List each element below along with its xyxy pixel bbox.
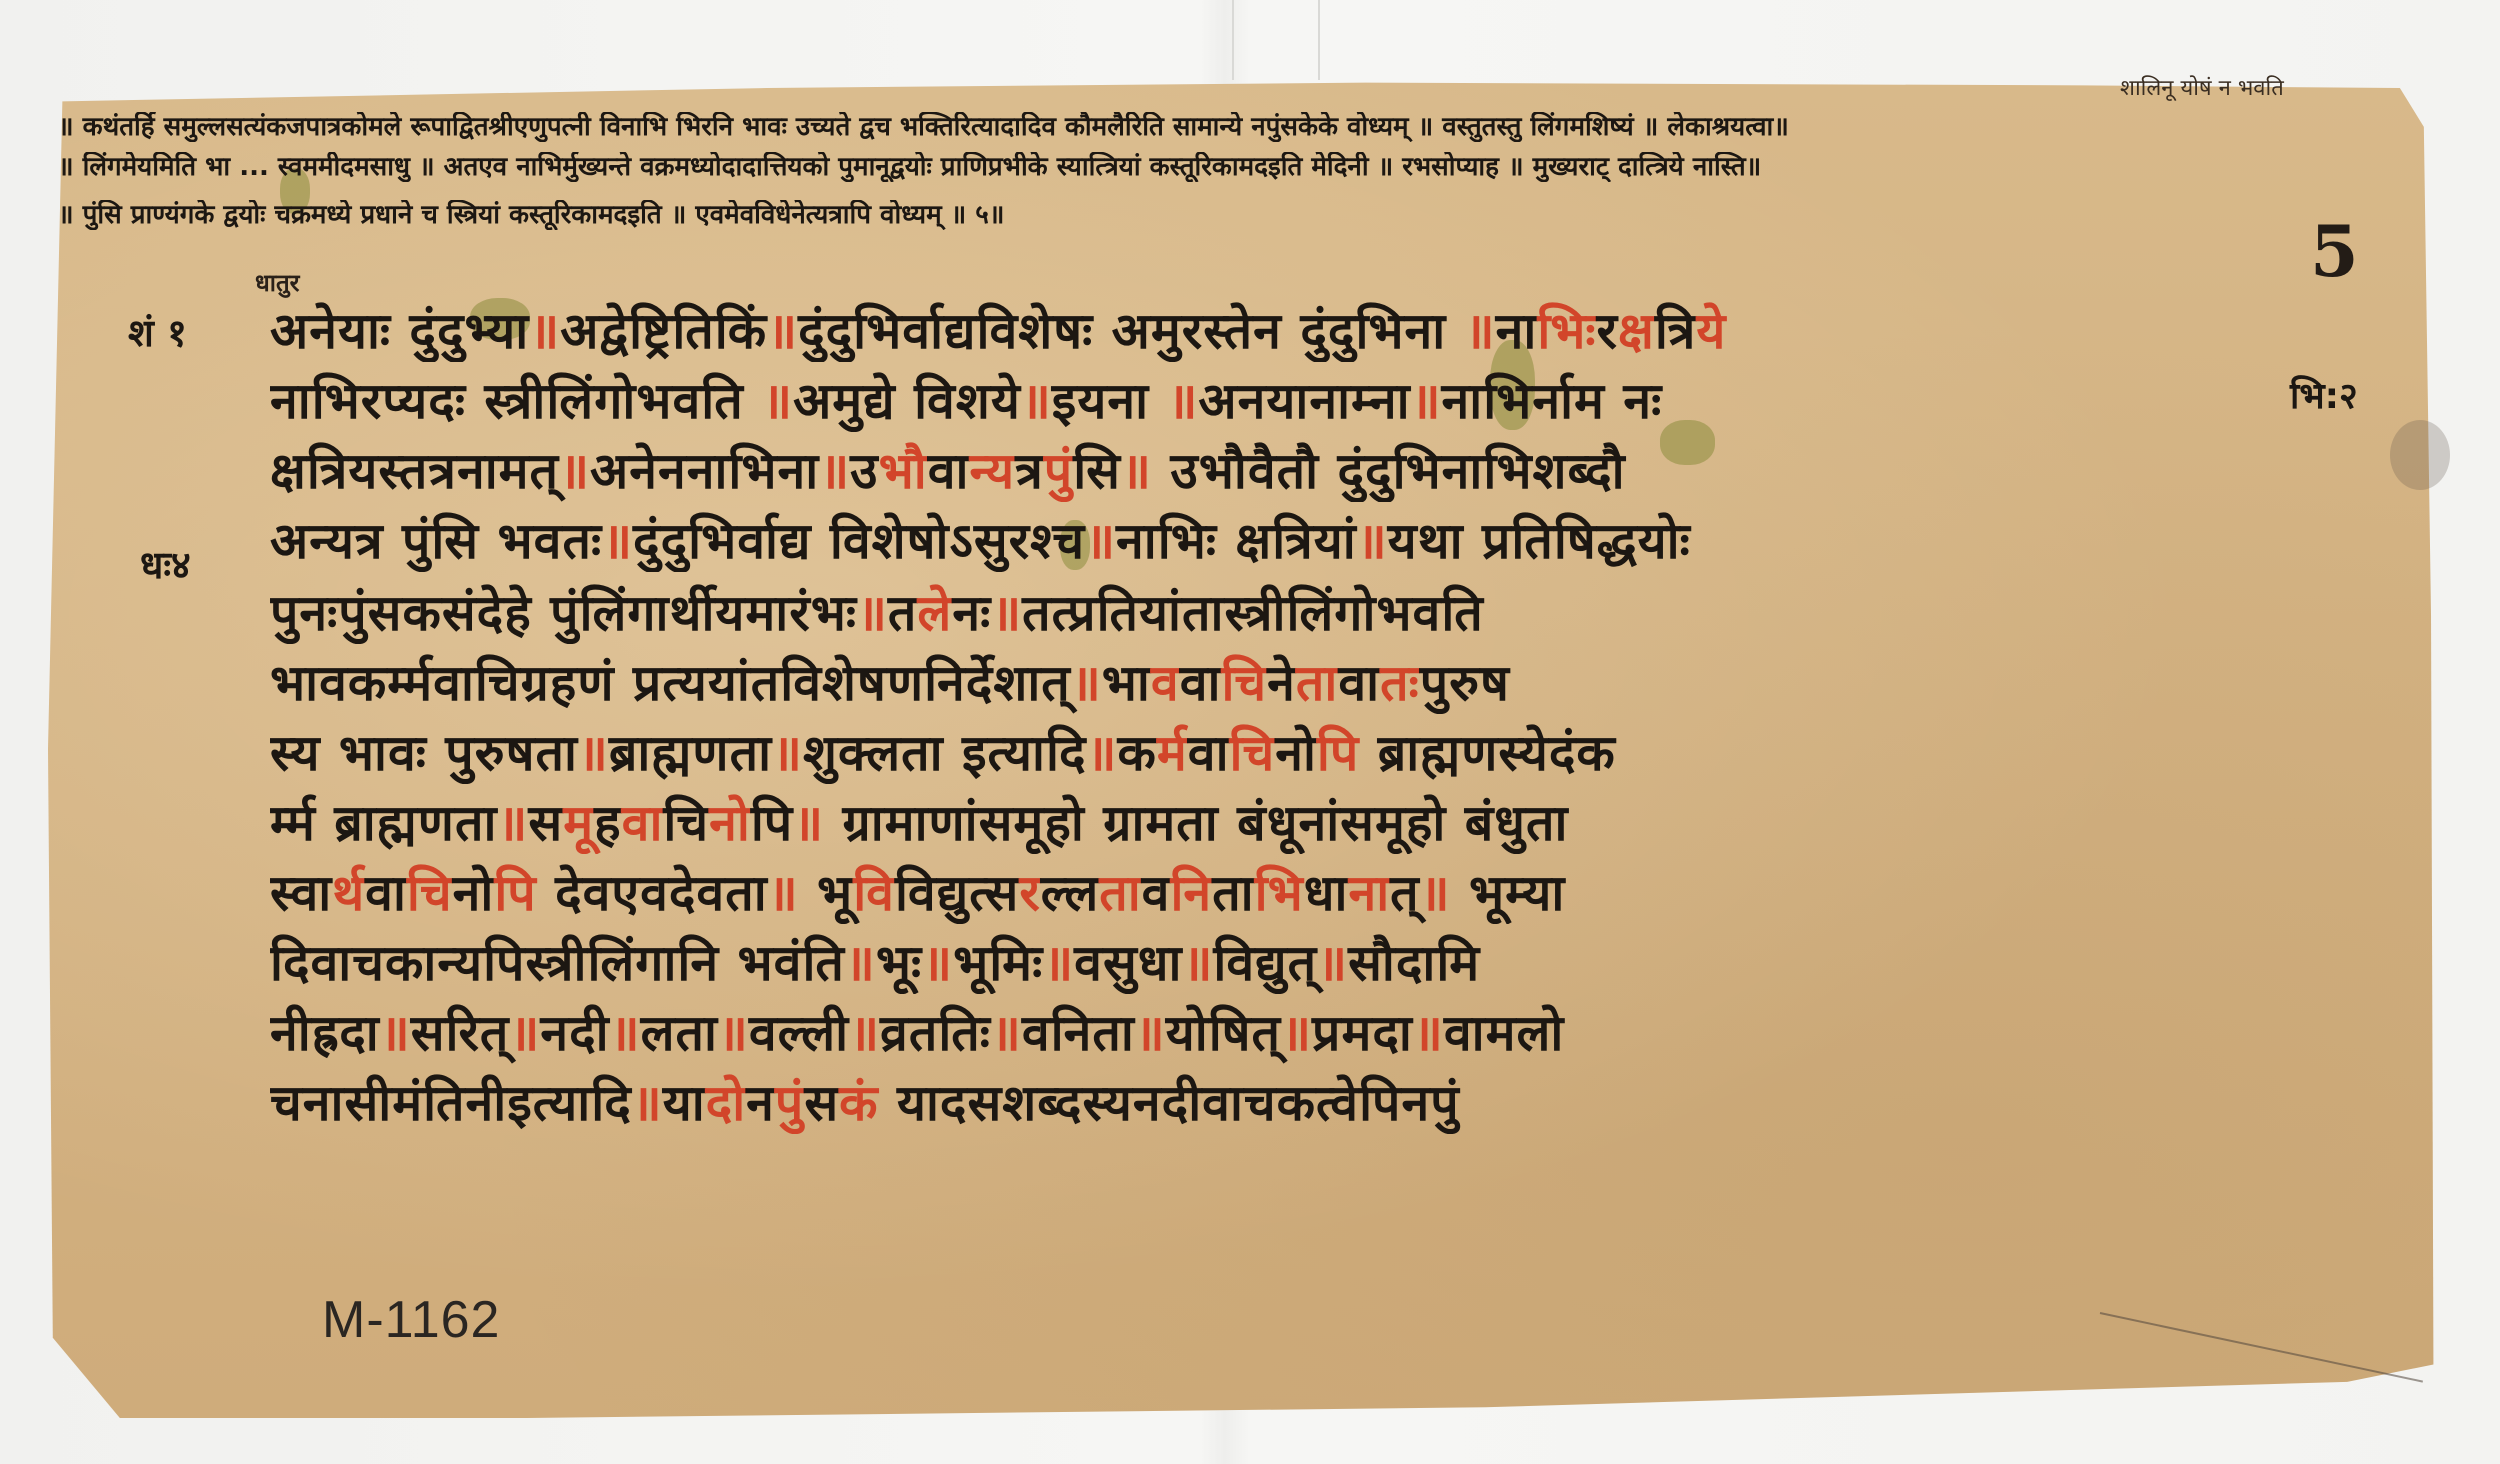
red-ink-segment: ता: [1296, 654, 1338, 712]
black-ink-segment: ब्राह्मणस्येदंक: [1359, 724, 1616, 782]
red-ink-segment: ॥: [380, 1004, 411, 1062]
black-ink-segment: स: [528, 794, 563, 852]
black-ink-segment: दिवाचकान्यपिस्त्रीलिंगानि भवंति: [270, 934, 845, 992]
red-ink-segment: व: [1151, 654, 1180, 712]
black-ink-segment: अमुद्ये विशये: [793, 372, 1021, 430]
black-ink-segment: नदी: [540, 1004, 609, 1062]
red-ink-segment: वा: [622, 794, 664, 852]
red-ink-segment: ॥: [529, 302, 560, 360]
gloss-line: ॥ कथंतर्हि समुल्लसत्यंकजपात्रकोमले रूपाद…: [58, 112, 2428, 142]
black-ink-segment: स्वा: [270, 864, 332, 922]
black-ink-segment: सौदामि: [1348, 934, 1480, 992]
black-ink-segment: ह: [594, 794, 622, 852]
red-ink-segment: ता: [1099, 864, 1141, 922]
black-ink-segment: भा: [1102, 654, 1151, 712]
manuscript-line: नीह्रदा॥सरित्॥नदी॥लता॥वल्ली॥व्रततिः॥वनित…: [270, 1002, 2310, 1064]
black-ink-segment: नीह्रदा: [270, 1004, 380, 1062]
red-ink-segment: ले: [917, 584, 952, 642]
black-ink-segment: ग्रामाणांसमूहो ग्रामता बंधूनांसमूहो बंधु…: [824, 794, 1568, 852]
red-ink-segment: ॥: [1465, 302, 1496, 360]
red-ink-segment: ये: [1696, 302, 1726, 360]
red-ink-segment: ना: [1348, 864, 1390, 922]
red-ink-segment: तः: [1380, 654, 1420, 712]
black-ink-segment: ल्ल: [1041, 864, 1099, 922]
black-ink-segment: पि: [751, 794, 793, 852]
black-ink-segment: विद्युत्स: [895, 864, 1019, 922]
black-ink-segment: नाभिरप्यदः स्त्रीलिंगोभवति: [270, 372, 762, 430]
black-ink-segment: वामलो: [1444, 1004, 1565, 1062]
red-ink-segment: ॥: [1420, 864, 1451, 922]
red-ink-segment: ॥: [632, 1074, 663, 1132]
black-ink-segment: भावकर्म्मवाचिग्रहणं प्रत्ययांतविशेषणनिर्…: [270, 654, 1071, 712]
black-ink-segment: अनेननाभिना: [590, 442, 819, 500]
black-ink-segment: त: [888, 584, 918, 642]
red-ink-segment: नो: [709, 794, 751, 852]
black-ink-segment: विद्युत्: [1213, 934, 1317, 992]
black-ink-segment: लता: [641, 1004, 718, 1062]
red-ink-segment: ॥: [1085, 512, 1116, 570]
red-ink-segment: भि: [1255, 864, 1304, 922]
black-ink-segment: र्म्म ब्राह्मणता: [270, 794, 497, 852]
red-ink-segment: पि: [494, 864, 536, 922]
manuscript-line: अनेयाः दुंदुभ्या॥अद्वेष्ट्रितिकिं॥दुंदुभ…: [270, 300, 2310, 362]
red-ink-segment: ॥: [762, 372, 793, 430]
manuscript-line: क्षत्रियस्तत्रनामत्॥अनेननाभिना॥उभौवान्यत…: [270, 440, 2310, 502]
black-ink-segment: देवएवदेवता: [537, 864, 768, 922]
black-ink-segment: नः: [952, 584, 991, 642]
black-ink-segment: न: [746, 1074, 775, 1132]
black-ink-segment: ब्राह्मणता: [609, 724, 772, 782]
red-ink-segment: ॥: [845, 934, 876, 992]
red-ink-segment: ॥: [509, 1004, 540, 1062]
black-ink-segment: ना: [1496, 302, 1538, 360]
black-ink-segment: अनयानाम्ना: [1198, 372, 1410, 430]
folio-number: 5: [2310, 210, 2359, 293]
red-ink-segment: ॥: [602, 512, 633, 570]
red-ink-segment: ॥: [1411, 372, 1442, 430]
black-ink-segment: वा: [1180, 654, 1222, 712]
black-ink-segment: वनिता: [1022, 1004, 1135, 1062]
black-ink-segment: त्र: [1015, 442, 1044, 500]
red-ink-segment: दो: [706, 1074, 747, 1132]
black-ink-segment: चि: [663, 794, 709, 852]
red-ink-segment: ॥: [1317, 934, 1348, 992]
black-ink-segment: ने: [1267, 654, 1296, 712]
red-ink-segment: ॥: [559, 442, 590, 500]
red-ink-segment: नि: [1170, 864, 1212, 922]
red-ink-segment: ॥: [1135, 1004, 1166, 1062]
red-ink-segment: ॥: [1182, 934, 1213, 992]
red-ink-segment: ॥: [1087, 724, 1118, 782]
red-ink-segment: ॥: [772, 724, 803, 782]
red-ink-segment: पुं: [1044, 442, 1073, 500]
red-ink-segment: र्थ: [332, 864, 365, 922]
mount-edge-line: [1318, 0, 1320, 80]
red-ink-segment: ॥: [1281, 1004, 1312, 1062]
black-ink-segment: क्षत्रियस्तत्रनामत्: [270, 442, 559, 500]
black-ink-segment: नो: [1275, 724, 1317, 782]
black-ink-segment: वल्ली: [749, 1004, 849, 1062]
red-ink-segment: ॥: [1021, 372, 1052, 430]
black-ink-segment: त्रि: [1655, 302, 1697, 360]
red-ink-segment: ॥: [991, 1004, 1022, 1062]
red-ink-segment: र: [1019, 864, 1040, 922]
red-ink-segment: ॥: [1413, 1004, 1444, 1062]
manuscript-line: स्य भावः पुरुषता॥ब्राह्मणता॥शुक्लता इत्य…: [270, 722, 2310, 784]
black-ink-segment: योषित्: [1166, 1004, 1281, 1062]
black-ink-segment: तत्प्रतियांतास्त्रीलिंगोभवति: [1022, 584, 1484, 642]
red-ink-segment: ॥: [768, 864, 799, 922]
black-ink-segment: भूमिः: [953, 934, 1043, 992]
red-ink-segment: ॥: [718, 1004, 749, 1062]
gloss-line: ॥ लिंगमेयमिति भा ... स्वममीदमसाधु ॥ अतएव…: [58, 152, 2428, 182]
mount-edge-line: [1232, 0, 1234, 80]
red-ink-segment: भौ: [879, 442, 928, 500]
black-ink-segment: नाभिर्नाम नः: [1442, 372, 1663, 430]
red-ink-segment: पुं: [775, 1074, 804, 1132]
manuscript-line: स्वार्थवाचिनोपि देवएवदेवता॥ भूविविद्युत्…: [270, 862, 2310, 924]
red-ink-segment: ॥: [1121, 442, 1152, 500]
red-ink-segment: भिः: [1537, 302, 1596, 360]
black-ink-segment: पुनःपुंसकसंदेहे पुंलिंगार्थीयमारंभः: [270, 584, 857, 642]
black-ink-segment: शुक्लता इत्यादि: [803, 724, 1087, 782]
black-ink-segment: भू: [799, 864, 854, 922]
red-ink-segment: ॥: [991, 584, 1022, 642]
black-ink-segment: दुंदुभिर्वाद्यविशेषः अमुरस्तेन दुंदुभिना: [798, 302, 1465, 360]
black-ink-segment: अनेयाः दुंदुभ्या: [270, 302, 529, 360]
red-ink-segment: न्य: [969, 442, 1015, 500]
red-ink-segment: मू: [563, 794, 594, 852]
black-ink-segment: क: [1117, 724, 1156, 782]
black-ink-segment: यथा प्रतिषिद्धयोः: [1388, 512, 1691, 570]
red-ink-segment: वि: [853, 864, 895, 922]
interlinear-note: धातुर: [255, 266, 299, 299]
black-ink-segment: र: [1597, 302, 1618, 360]
black-ink-segment: वसुधा: [1074, 934, 1182, 992]
manuscript-line: दिवाचकान्यपिस्त्रीलिंगानि भवंति॥भूः॥भूमि…: [270, 932, 2310, 994]
red-ink-segment: ॥: [849, 1004, 880, 1062]
black-ink-segment: सि: [1073, 442, 1121, 500]
black-ink-segment: त्: [1390, 864, 1420, 922]
red-ink-segment: ॥: [610, 1004, 641, 1062]
black-ink-segment: पुरुष: [1420, 654, 1510, 712]
black-ink-segment: वा: [1188, 724, 1230, 782]
red-ink-segment: क्ष: [1618, 302, 1655, 360]
manuscript-line: भावकर्म्मवाचिग्रहणं प्रत्ययांतविशेषणनिर्…: [270, 652, 2310, 714]
black-ink-segment: वा: [365, 864, 407, 922]
manuscript-line: नाभिरप्यदः स्त्रीलिंगोभवति ॥अमुद्ये विशय…: [270, 370, 2310, 432]
black-ink-segment: या: [663, 1074, 706, 1132]
red-ink-segment: ॥: [497, 794, 528, 852]
black-ink-segment: वा: [928, 442, 970, 500]
gloss-line: ॥ पुंसि प्राण्यंगके द्वयोः चक्रमध्ये प्र…: [58, 200, 2428, 230]
smudge-mark: [2390, 420, 2450, 490]
red-ink-segment: ॥: [1043, 934, 1074, 992]
black-ink-segment: भूः: [876, 934, 922, 992]
black-ink-segment: अद्वेष्ट्रितिकिं: [560, 302, 767, 360]
manuscript-line: अन्यत्र पुंसि भवतः॥दुंदुभिर्वाद्य विशेषो…: [270, 510, 2310, 572]
manuscript-line: पुनःपुंसकसंदेहे पुंलिंगार्थीयमारंभः॥तलेन…: [270, 582, 2310, 644]
left-margin-number: शं १: [128, 306, 187, 358]
red-ink-segment: चि: [1230, 724, 1276, 782]
black-ink-segment: उभौवैतौ दुंदुभिनाभिशब्दौ: [1152, 442, 1626, 500]
black-ink-segment: ता: [1212, 864, 1254, 922]
red-ink-segment: ॥: [922, 934, 953, 992]
black-ink-segment: वा: [1338, 654, 1380, 712]
manuscript-line: चनासीमंतिनीइत्यादि॥यादोनपुंसकं यादसशब्दस…: [270, 1072, 2310, 1134]
red-ink-segment: पि: [1317, 724, 1359, 782]
red-ink-segment: र्म: [1157, 724, 1188, 782]
red-ink-segment: ॥: [1071, 654, 1102, 712]
red-ink-segment: ॥: [578, 724, 609, 782]
black-ink-segment: धा: [1304, 864, 1349, 922]
red-ink-segment: ॥: [819, 442, 850, 500]
left-margin-number: धः४: [140, 538, 191, 590]
catalog-mark: M-1162: [322, 1290, 500, 1350]
red-ink-segment: ॥: [857, 584, 888, 642]
red-ink-segment: ॥: [1357, 512, 1388, 570]
red-ink-segment: ॥: [793, 794, 824, 852]
red-ink-segment: ॥: [767, 302, 798, 360]
manuscript-line: र्म्म ब्राह्मणता॥समूहवाचिनोपि॥ ग्रामाणां…: [270, 792, 2310, 854]
red-ink-segment: कं: [839, 1074, 878, 1132]
red-ink-segment: ॥: [1167, 372, 1198, 430]
top-margin-note: शालिनू योषं न भवति: [2120, 72, 2284, 102]
black-ink-segment: दुंदुभिर्वाद्य विशेषोऽसुरश्च: [633, 512, 1085, 570]
black-ink-segment: इयना: [1052, 372, 1168, 430]
black-ink-segment: चनासीमंतिनीइत्यादि: [270, 1074, 632, 1132]
black-ink-segment: नो: [453, 864, 495, 922]
black-ink-segment: सरित्: [411, 1004, 510, 1062]
red-ink-segment: चि: [407, 864, 453, 922]
black-ink-segment: स्य भावः पुरुषता: [270, 724, 578, 782]
black-ink-segment: प्रमदा: [1312, 1004, 1413, 1062]
black-ink-segment: नाभिः क्षत्रियां: [1116, 512, 1357, 570]
black-ink-segment: उ: [850, 442, 878, 500]
black-ink-segment: यादसशब्दस्यनदीवाचकत्वेपिनपुं: [879, 1074, 1460, 1132]
red-ink-segment: चि: [1221, 654, 1267, 712]
black-ink-segment: अन्यत्र पुंसि भवतः: [270, 512, 602, 570]
black-ink-segment: व्रततिः: [880, 1004, 991, 1062]
black-ink-segment: भूम्या: [1451, 864, 1566, 922]
black-ink-segment: व: [1142, 864, 1171, 922]
black-ink-segment: स: [804, 1074, 839, 1132]
